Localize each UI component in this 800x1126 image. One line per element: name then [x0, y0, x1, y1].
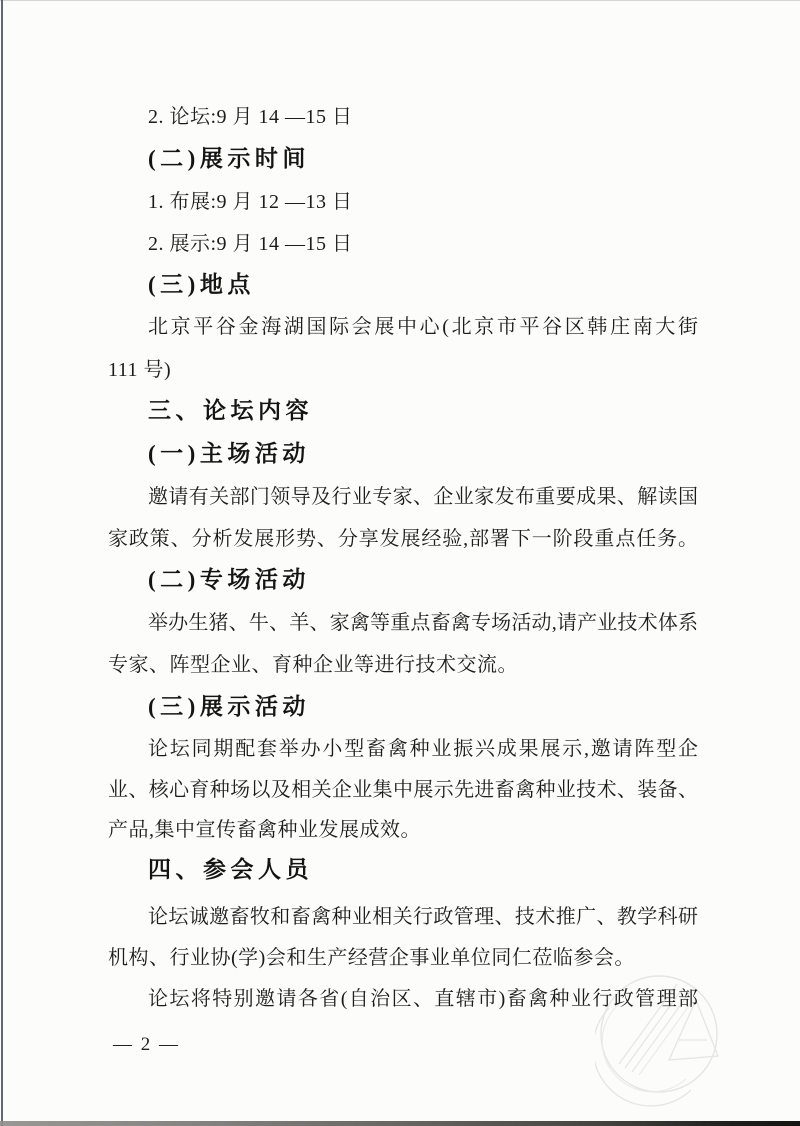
- para-participants-line2: 机构、行业协(学)会和生产经营企事业单位同仁莅临参会。: [108, 945, 698, 972]
- heading-section3-forum-content: 三、论坛内容: [148, 397, 313, 424]
- para-special-activity-line2: 专家、阵型企业、育种企业等进行技术交流。: [108, 652, 698, 679]
- heading-main-activity: (一)主场活动: [148, 440, 310, 467]
- line-forum-time-2: 2. 论坛:9 月 14 —15 日: [148, 104, 698, 131]
- para-main-activity-line2: 家政策、分析发展形势、分享发展经验,部署下一阶段重点任务。: [108, 526, 698, 554]
- para-main-activity-line1: 邀请有关部门领导及行业专家、企业家发布重要成果、解读国: [148, 484, 698, 512]
- watermark-logo-icon: [595, 958, 725, 1110]
- line-display-time: 2. 展示:9 月 14 —15 日: [148, 231, 698, 258]
- scan-edge-left: [1, 0, 3, 1126]
- line-venue-part2: 111 号): [108, 357, 698, 384]
- heading-special-activity: (二)专场活动: [148, 566, 310, 593]
- heading-section4-participants: 四、参会人员: [148, 856, 313, 883]
- para-exhibit-activity-line2: 业、核心育种场以及相关企业集中展示先进畜禽种业技术、装备、: [108, 777, 698, 805]
- heading-exhibition-time: (二)展示时间: [148, 145, 310, 172]
- document-page: 2. 论坛:9 月 14 —15 日 (二)展示时间 1. 布展:9 月 12 …: [0, 0, 800, 1126]
- para-exhibit-activity-line1: 论坛同期配套举办小型畜禽种业振兴成果展示,邀请阵型企: [148, 736, 698, 764]
- para-participants-line1: 论坛诚邀畜牧和畜禽种业相关行政管理、技术推广、教学科研: [148, 904, 698, 932]
- scan-edge-bottom: [0, 1121, 800, 1126]
- heading-exhibit-activity: (三)展示活动: [148, 693, 310, 720]
- para-exhibit-activity-line3: 产品,集中宣传畜禽种业发展成效。: [108, 817, 698, 844]
- page-number: — 2 —: [113, 1034, 180, 1056]
- para-special-activity-line1: 举办生猪、牛、羊、家禽等重点畜禽专场活动,请产业技术体系: [148, 610, 698, 638]
- line-setup-time: 1. 布展:9 月 12 —13 日: [148, 189, 698, 216]
- scan-edge-top: [0, 0, 800, 1]
- line-venue-part1: 北京平谷金海湖国际会展中心(北京市平谷区韩庄南大街: [148, 314, 698, 342]
- heading-location: (三)地点: [148, 271, 255, 298]
- para-invitation-line1: 论坛将特别邀请各省(自治区、直辖市)畜禽种业行政管理部: [148, 986, 698, 1014]
